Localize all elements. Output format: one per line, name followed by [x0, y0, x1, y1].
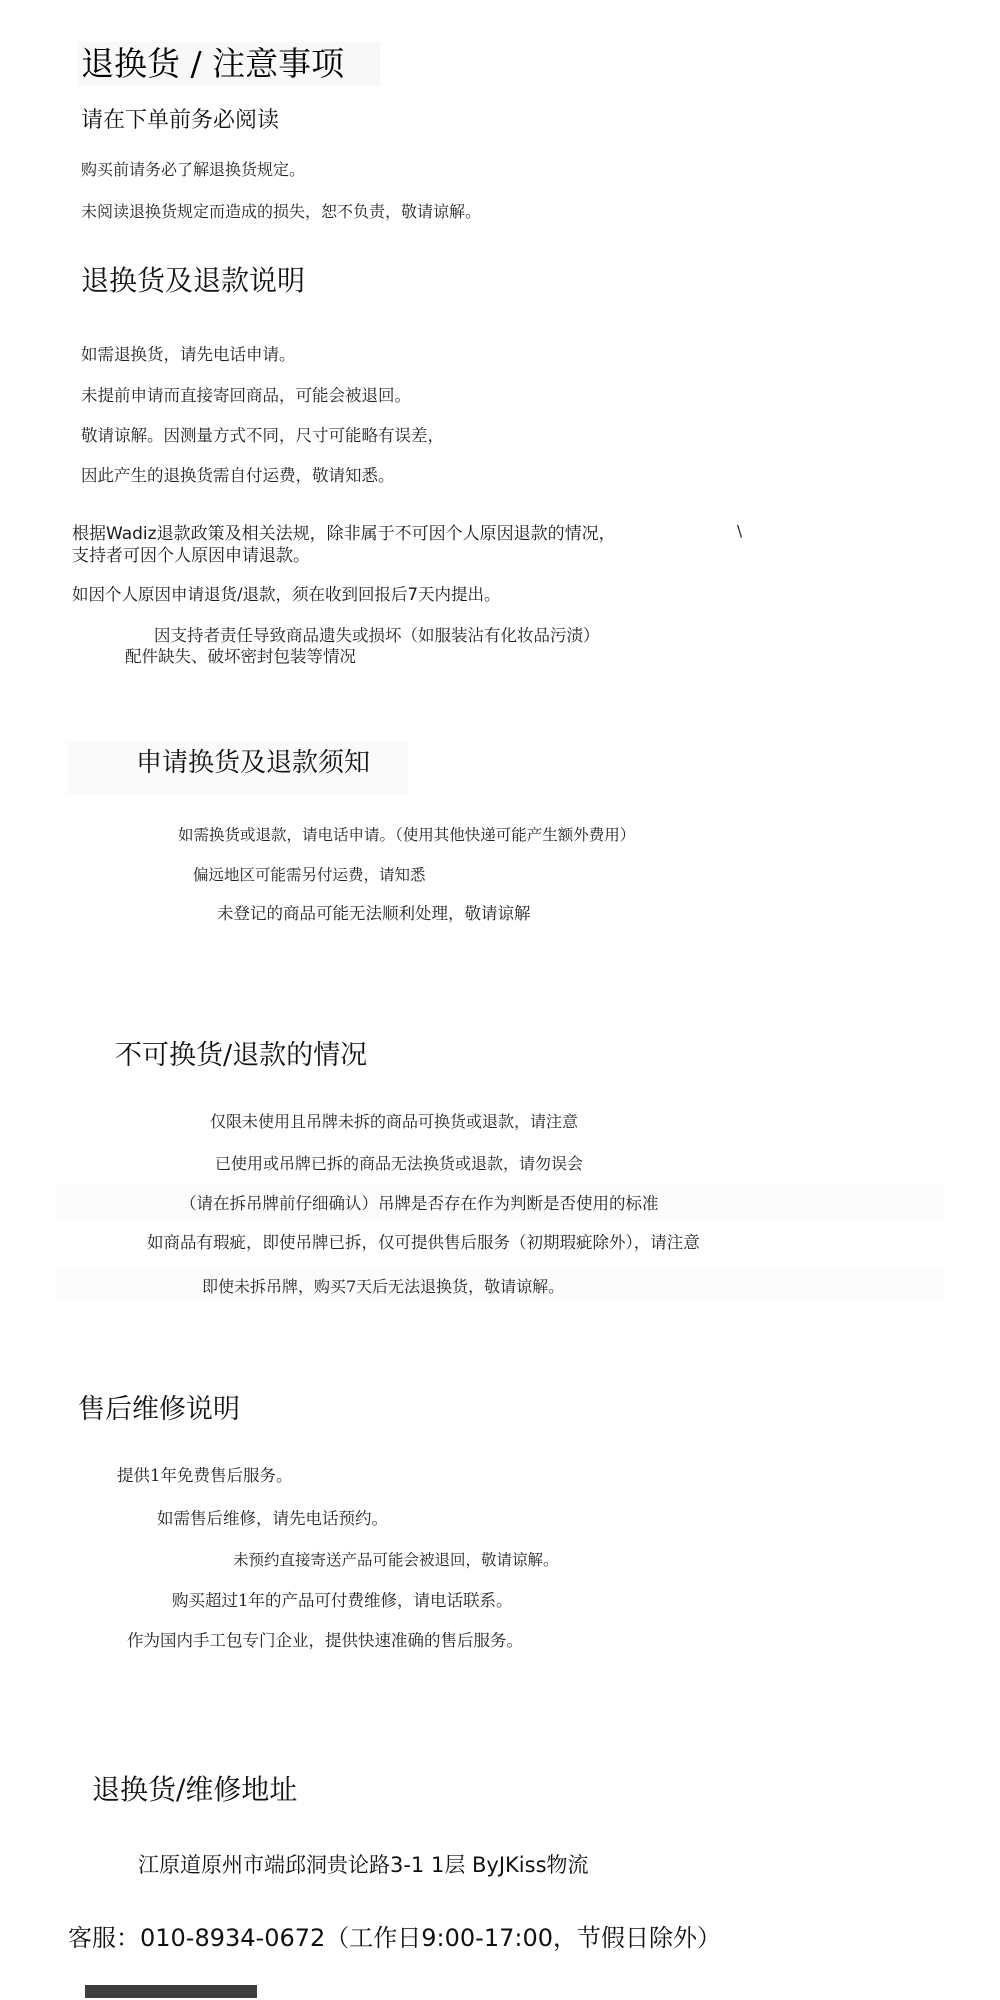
- return-address: 江原道原州市端邱洞贵论路3-1 1层 ByJKiss物流: [138, 1853, 589, 1878]
- refund-line: 因此产生的退换货需自付运费，敬请知悉。: [81, 466, 395, 486]
- refund-deadline-line: 如因个人原因申请退货/退款，须在收到回报后7天内提出。: [72, 585, 501, 605]
- non-returnable-section-heading: 不可换货/退款的情况: [115, 1040, 367, 1072]
- address-section-heading: 退换货/维修地址: [92, 1773, 297, 1807]
- refund-line: 敬请谅解。因测量方式不同，尺寸可能略有误差，: [81, 426, 444, 446]
- exchange-line: 如需换货或退款，请电话申请。（使用其他快递可能产生额外费用）: [178, 826, 635, 845]
- read-first-line: 未阅读退换货规定而造成的损失，恕不负责，敬请谅解。: [81, 202, 481, 221]
- return-policy-page: 退换货 / 注意事项 请在下单前务必阅读 购买前请务必了解退换货规定。 未阅读退…: [0, 0, 1000, 2000]
- after-sales-line: 提供1年免费售后服务。: [117, 1466, 293, 1486]
- read-first-line: 购买前请务必了解退换货规定。: [81, 160, 305, 179]
- refund-line: 如需退换货，请先电话申请。: [81, 345, 296, 365]
- after-sales-line: 作为国内手工包专门企业，提供快速准确的售后服务。: [127, 1631, 523, 1651]
- damage-case-line: 配件缺失、破坏密封包装等情况: [125, 647, 356, 667]
- bottom-truncated-image-edge: [85, 1985, 257, 1998]
- stray-backslash: \: [737, 522, 742, 540]
- damage-case-line: 因支持者责任导致商品遗失或损坏（如服装沾有化妆品污渍）: [154, 626, 600, 646]
- read-first-heading: 请在下单前务必阅读: [81, 108, 279, 134]
- after-sales-section-heading: 售后维修说明: [78, 1394, 240, 1426]
- non-returnable-line: 仅限未使用且吊牌未拆的商品可换货或退款，请注意: [210, 1112, 578, 1131]
- wadiz-policy-line: 支持者可因个人原因申请退款。: [72, 546, 310, 566]
- after-sales-line: 如需售后维修，请先电话预约。: [157, 1509, 388, 1529]
- refund-line: 未提前申请而直接寄回商品，可能会被退回。: [81, 386, 411, 406]
- page-title: 退换货 / 注意事项: [81, 44, 344, 84]
- exchange-section-heading: 申请换货及退款须知: [136, 748, 370, 779]
- non-returnable-line: 如商品有瑕疵，即使吊牌已拆，仅可提供售后服务（初期瑕疵除外），请注意: [147, 1233, 700, 1253]
- non-returnable-line: 已使用或吊牌已拆的商品无法换货或退款，请勿误会: [215, 1154, 583, 1173]
- wadiz-policy-line: 根据Wadiz退款政策及相关法规，除非属于不可因个人原因退款的情况，: [72, 524, 616, 544]
- after-sales-line: 未预约直接寄送产品可能会被退回，敬请谅解。: [233, 1551, 559, 1570]
- refund-section-heading: 退换货及退款说明: [81, 264, 305, 298]
- exchange-line: 未登记的商品可能无法顺利处理，敬请谅解: [217, 904, 531, 924]
- non-returnable-line: 即使未拆吊牌，购买7天后无法退换货，敬请谅解。: [202, 1277, 564, 1296]
- after-sales-line: 购买超过1年的产品可付费维修，请电话联系。: [172, 1591, 513, 1611]
- non-returnable-line: （请在拆吊牌前仔细确认）吊牌是否存在作为判断是否使用的标准: [180, 1194, 659, 1214]
- exchange-line: 偏远地区可能需另付运费，请知悉: [193, 866, 426, 885]
- customer-service-phone: 客服：010-8934-0672（工作日9:00-17:00，节假日除外）: [68, 1924, 721, 1953]
